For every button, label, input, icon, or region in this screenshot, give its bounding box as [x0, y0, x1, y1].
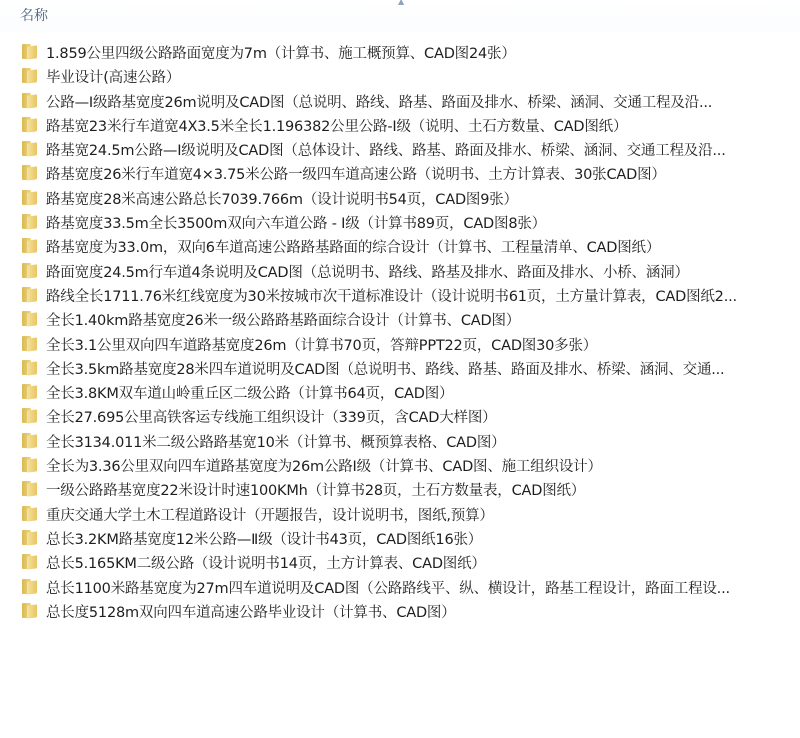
folder-icon: [22, 117, 37, 132]
folder-name: 总长度5128m双向四车道高速公路毕业设计（计算书、CAD图）: [46, 601, 456, 622]
folder-name: 路基宽23米行车道宽4X3.5米全长1.196382公里公路-Ⅰ级（说明、土石方…: [46, 115, 627, 136]
folder-icon: [22, 190, 37, 205]
folder-name: 1.859公里四级公路路面宽度为7m（计算书、施工概预算、CAD图24张）: [46, 42, 516, 63]
folder-list-item[interactable]: 路基宽度28米高速公路总长7039.766m（设计说明书54页，CAD图9张）: [0, 186, 800, 210]
folder-list-item[interactable]: 全长3.8KM双车道山岭重丘区二级公路（计算书64页，CAD图）: [0, 380, 800, 404]
folder-name: 全长3134.011米二级公路路基宽10米（计算书、概预算表格、CAD图）: [46, 431, 505, 452]
folder-icon: [22, 554, 37, 569]
folder-name: 总长5.165KM二级公路（设计说明书14页，土方计算表、CAD图纸）: [46, 552, 486, 573]
folder-list-item[interactable]: 全长为3.36公里双向四车道路基宽度为26m公路Ⅰ级（计算书、CAD图、施工组织…: [0, 453, 800, 477]
file-list: 1.859公里四级公路路面宽度为7m（计算书、施工概预算、CAD图24张）毕业设…: [0, 40, 800, 623]
folder-name: 路基宽24.5m公路—I级说明及CAD图（总体设计、路线、路基、路面及排水、桥梁…: [46, 139, 726, 160]
folder-list-item[interactable]: 路面宽度24.5m行车道4条说明及CAD图（总说明书、路线、路基及排水、路面及排…: [0, 259, 800, 283]
folder-list-item[interactable]: 路基宽度为33.0m，双向6车道高速公路路基路面的综合设计（计算书、工程量清单、…: [0, 234, 800, 258]
folder-icon: [22, 384, 37, 399]
folder-list-item[interactable]: 全长3134.011米二级公路路基宽10米（计算书、概预算表格、CAD图）: [0, 429, 800, 453]
folder-list-item[interactable]: 重庆交通大学土木工程道路设计（开题报告，设计说明书，图纸,预算）: [0, 502, 800, 526]
folder-icon: [22, 44, 37, 59]
folder-name: 路基宽度为33.0m，双向6车道高速公路路基路面的综合设计（计算书、工程量清单、…: [46, 236, 660, 257]
folder-icon: [22, 263, 37, 278]
folder-icon: [22, 287, 37, 302]
sort-up-icon: ▲: [398, 0, 404, 6]
folder-list-item[interactable]: 路基宽度26米行车道宽4×3.75米公路一级四车道高速公路（说明书、土方计算表、…: [0, 161, 800, 185]
folder-icon: [22, 457, 37, 472]
folder-icon: [22, 141, 37, 156]
folder-list-item[interactable]: 全长3.5km路基宽度28米四车道说明及CAD图（总说明书、路线、路基、路面及排…: [0, 356, 800, 380]
folder-name: 一级公路路基宽度22米设计时速100KMh（计算书28页，土石方数量表，CAD图…: [46, 479, 585, 500]
folder-name: 路面宽度24.5m行车道4条说明及CAD图（总说明书、路线、路基及排水、路面及排…: [46, 261, 689, 282]
folder-icon: [22, 238, 37, 253]
folder-list-item[interactable]: 路基宽24.5m公路—I级说明及CAD图（总体设计、路线、路基、路面及排水、桥梁…: [0, 137, 800, 161]
folder-name: 路基宽度26米行车道宽4×3.75米公路一级四车道高速公路（说明书、土方计算表、…: [46, 163, 666, 184]
folder-name: 公路—Ⅰ级路基宽度26m说明及CAD图（总说明、路线、路基、路面及排水、桥梁、涵…: [46, 91, 712, 112]
folder-list-item[interactable]: 总长5.165KM二级公路（设计说明书14页，土方计算表、CAD图纸）: [0, 550, 800, 574]
folder-icon: [22, 165, 37, 180]
folder-name: 全长3.8KM双车道山岭重丘区二级公路（计算书64页，CAD图）: [46, 382, 453, 403]
folder-list-item[interactable]: 毕业设计(高速公路）: [0, 64, 800, 88]
folder-icon: [22, 336, 37, 351]
folder-name: 全长27.695公里高铁客运专线施工组织设计（339页，含CAD大样图）: [46, 406, 496, 427]
folder-list-item[interactable]: 全长1.40km路基宽度26米一级公路路基路面综合设计（计算书、CAD图）: [0, 307, 800, 331]
folder-icon: [22, 481, 37, 496]
folder-list-item[interactable]: 一级公路路基宽度22米设计时速100KMh（计算书28页，土石方数量表，CAD图…: [0, 477, 800, 501]
folder-list-item[interactable]: 总长度5128m双向四车道高速公路毕业设计（计算书、CAD图）: [0, 599, 800, 623]
folder-name: 总长1100米路基宽度为27m四车道说明及CAD图（公路路线平、纵、横设计，路基…: [46, 577, 730, 598]
folder-list-item[interactable]: 路基宽度33.5m全长3500m双向六车道公路 - Ⅰ级（计算书89页，CAD图…: [0, 210, 800, 234]
folder-icon: [22, 603, 37, 618]
folder-icon: [22, 214, 37, 229]
folder-list-item[interactable]: 总长3.2KM路基宽度12米公路—Ⅱ级（设计书43页，CAD图纸16张）: [0, 526, 800, 550]
folder-icon: [22, 68, 37, 83]
folder-icon: [22, 579, 37, 594]
folder-list-item[interactable]: 1.859公里四级公路路面宽度为7m（计算书、施工概预算、CAD图24张）: [0, 40, 800, 64]
folder-name: 路基宽度33.5m全长3500m双向六车道公路 - Ⅰ级（计算书89页，CAD图…: [46, 212, 546, 233]
folder-list-item[interactable]: 全长3.1公里双向四车道路基宽度26m（计算书70页，答辩PPT22页，CAD图…: [0, 332, 800, 356]
folder-icon: [22, 433, 37, 448]
folder-icon: [22, 530, 37, 545]
folder-name: 重庆交通大学土木工程道路设计（开题报告，设计说明书，图纸,预算）: [46, 504, 494, 525]
folder-name: 路线全长1711.76米红线宽度为30米按城市次干道标准设计（设计说明书61页，…: [46, 285, 737, 306]
folder-icon: [22, 408, 37, 423]
folder-name: 全长为3.36公里双向四车道路基宽度为26m公路Ⅰ级（计算书、CAD图、施工组织…: [46, 455, 602, 476]
folder-list-item[interactable]: 公路—Ⅰ级路基宽度26m说明及CAD图（总说明、路线、路基、路面及排水、桥梁、涵…: [0, 89, 800, 113]
folder-name: 全长1.40km路基宽度26米一级公路路基路面综合设计（计算书、CAD图）: [46, 309, 520, 330]
folder-name: 总长3.2KM路基宽度12米公路—Ⅱ级（设计书43页，CAD图纸16张）: [46, 528, 482, 549]
folder-list-item[interactable]: 全长27.695公里高铁客运专线施工组织设计（339页，含CAD大样图）: [0, 404, 800, 428]
folder-name: 全长3.5km路基宽度28米四车道说明及CAD图（总说明书、路线、路基、路面及排…: [46, 358, 724, 379]
folder-icon: [22, 360, 37, 375]
folder-icon: [22, 311, 37, 326]
folder-name: 路基宽度28米高速公路总长7039.766m（设计说明书54页，CAD图9张）: [46, 188, 518, 209]
folder-list-item[interactable]: 路线全长1711.76米红线宽度为30米按城市次干道标准设计（设计说明书61页，…: [0, 283, 800, 307]
column-header-name[interactable]: 名称: [20, 5, 48, 25]
folder-icon: [22, 506, 37, 521]
column-header: 名称 ▲: [0, 0, 800, 32]
folder-list-item[interactable]: 总长1100米路基宽度为27m四车道说明及CAD图（公路路线平、纵、横设计，路基…: [0, 575, 800, 599]
folder-icon: [22, 93, 37, 108]
folder-list-item[interactable]: 路基宽23米行车道宽4X3.5米全长1.196382公里公路-Ⅰ级（说明、土石方…: [0, 113, 800, 137]
folder-name: 全长3.1公里双向四车道路基宽度26m（计算书70页，答辩PPT22页，CAD图…: [46, 334, 597, 355]
folder-name: 毕业设计(高速公路）: [46, 66, 180, 87]
